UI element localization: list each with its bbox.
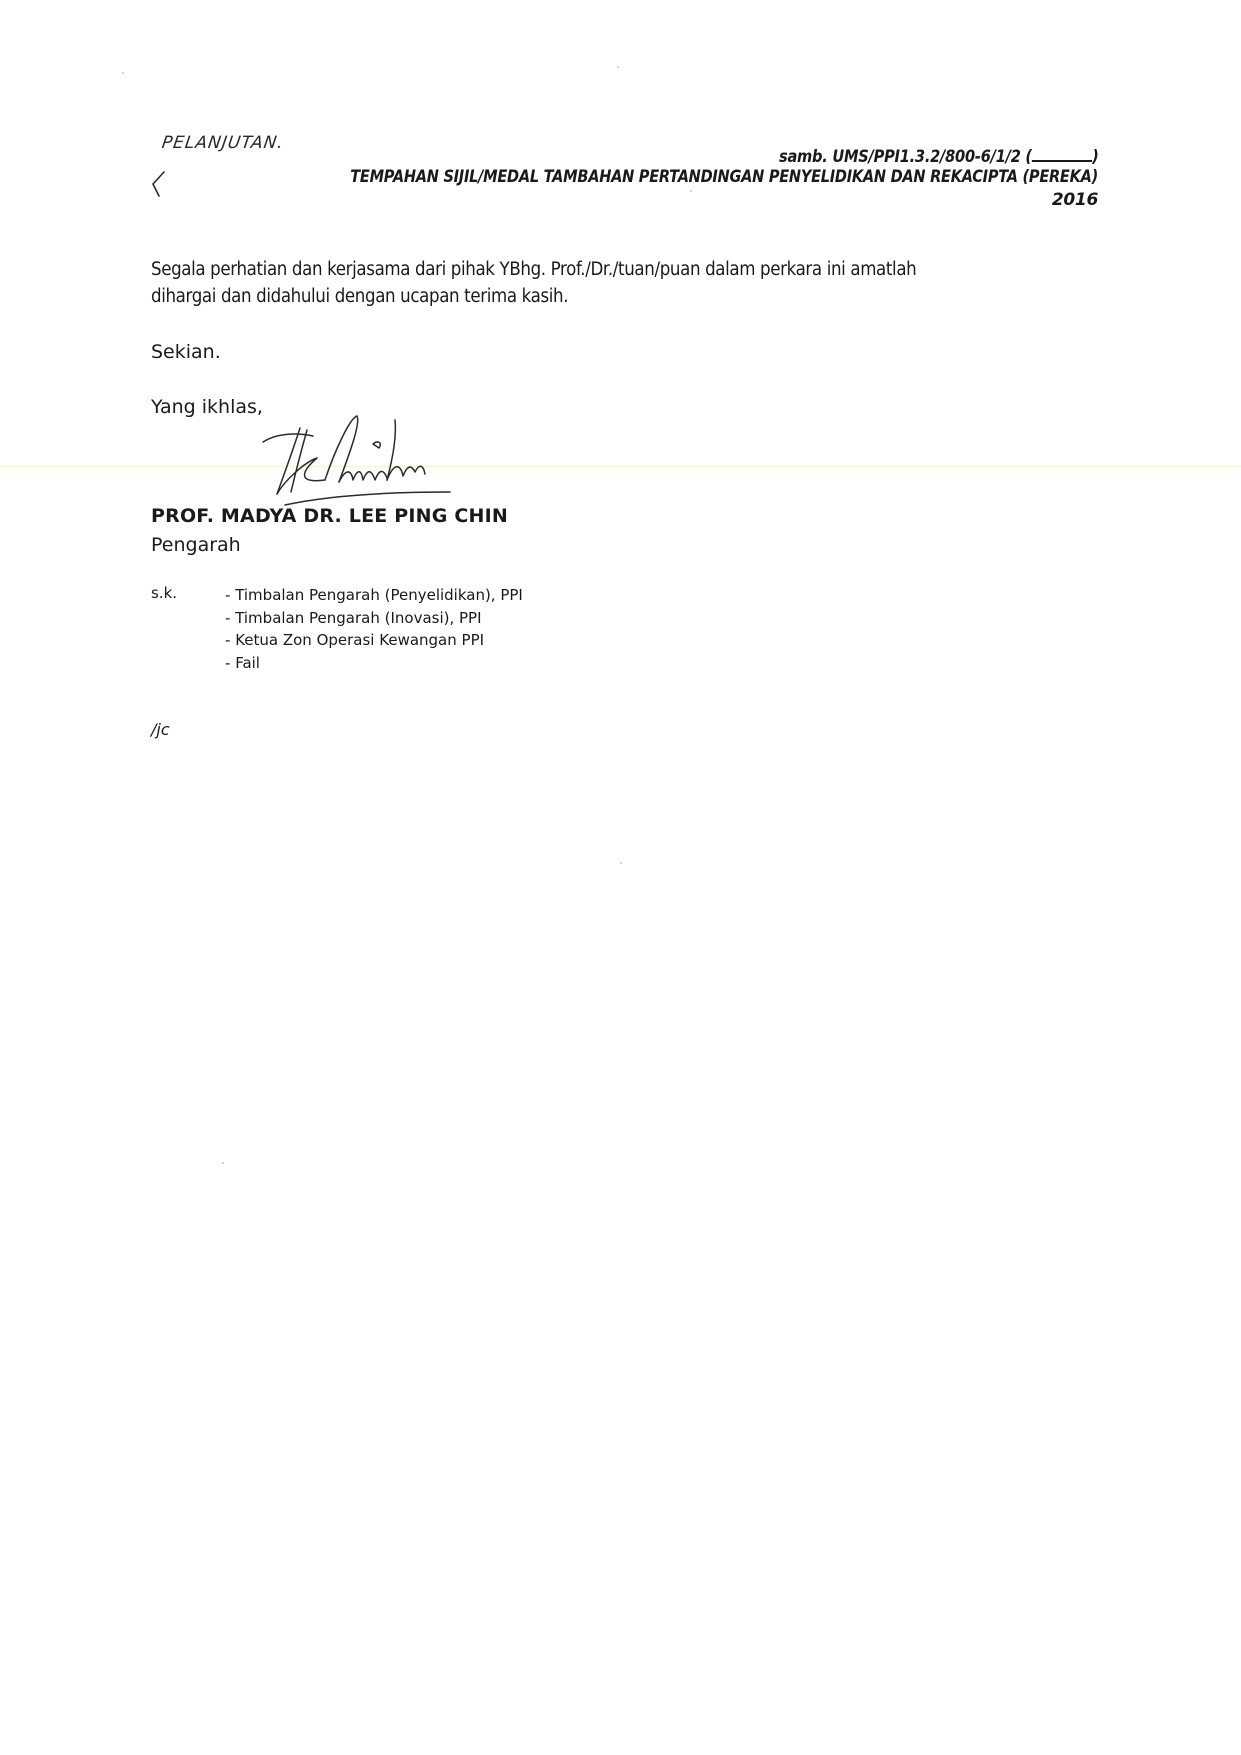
subject-line-2: 2016 [138,189,1098,212]
typist-initials: /jc [151,720,170,739]
scan-speck [617,66,619,68]
cc-recipient: Timbalan Pengarah (Inovasi), PPI [225,607,523,630]
scan-speck [222,1162,224,1164]
handwritten-signature-icon [255,410,505,510]
letter-subject: TEMPAHAN SIJIL/MEDAL TAMBAHAN PERTANDING… [138,166,1098,212]
cc-recipient-list: Timbalan Pengarah (Penyelidikan), PPI Ti… [225,584,523,674]
signatory-title: Pengarah [151,534,241,556]
cc-label: s.k. [151,584,177,602]
reference-number: samb. UMS/PPI1.3.2/800-6/1/2 () [779,146,1098,167]
cc-recipient: Timbalan Pengarah (Penyelidikan), PPI [225,584,523,607]
reference-blank [1031,146,1091,162]
closing-yang-ikhlas: Yang ikhlas, [151,396,263,418]
scan-speck [122,72,124,74]
cc-recipient: Ketua Zon Operasi Kewangan PPI [225,629,523,652]
scan-speck [620,862,622,864]
subject-line-1: TEMPAHAN SIJIL/MEDAL TAMBAHAN PERTANDING… [277,166,1098,189]
closing-sekian: Sekian. [151,341,221,363]
reference-suffix: ) [1092,147,1098,167]
handwritten-annotation: PELANJUTAN. [161,133,286,153]
body-line-1: Segala perhatian dan kerjasama dari piha… [151,256,1006,283]
body-paragraph: Segala perhatian dan kerjasama dari piha… [151,256,1006,310]
cc-recipient: Fail [225,652,523,675]
signatory-name: PROF. MADYA DR. LEE PING CHIN [151,505,508,527]
scanner-artifact-line [0,465,1241,468]
body-line-2: dihargai dan didahului dengan ucapan ter… [151,283,1006,310]
reference-prefix: samb. UMS/PPI1.3.2/800-6/1/2 ( [779,147,1032,167]
